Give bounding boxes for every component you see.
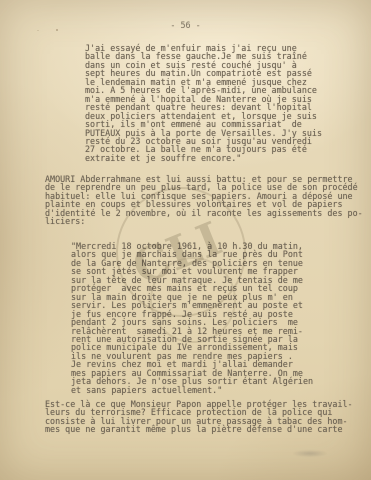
paper-speck-icon — [37, 30, 39, 31]
page-number: - 56 - — [170, 20, 200, 30]
testimony-quote-second: "Mercredi 18 octobre 1961, à 10 h.30 du … — [71, 242, 313, 394]
paper-smudge-icon — [293, 450, 327, 457]
paragraph-commentary: Est-ce là ce que Monsieur Papon appelle … — [45, 400, 353, 434]
scanned-document-page: - 56 - J'ai essayé de m'enfuir mais j'ai… — [0, 0, 371, 480]
paper-speck-icon — [56, 29, 58, 31]
testimony-quote-first: J'ai essayé de m'enfuir mais j'ai reçu u… — [85, 44, 322, 162]
paragraph-amouri-intro: AMOURI Abderrahmane est lui aussi battu:… — [45, 175, 363, 226]
